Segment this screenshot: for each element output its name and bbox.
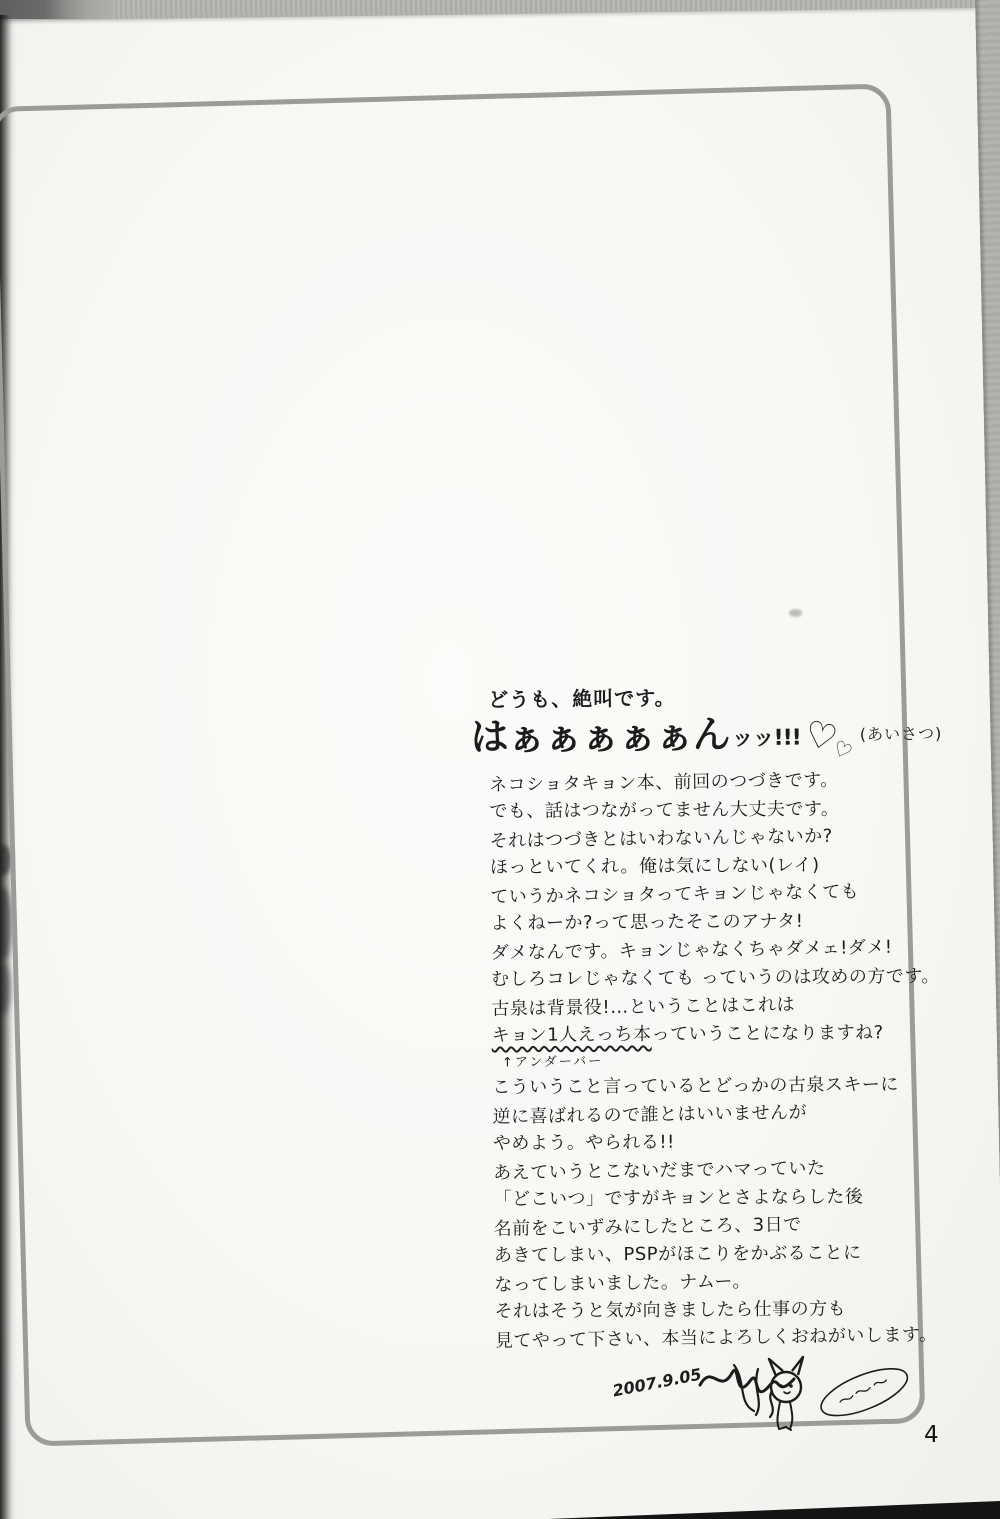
scanned-doujin-page: { "document": { "page_number": "4", "gre… (0, 0, 1000, 1519)
speech-bubble-doodle (815, 1359, 913, 1425)
greeting-line: どうも、絶叫です。 (488, 679, 940, 713)
big-title-row: はぁぁぁぁぁん ッッ!!! ♡ ♡ (あいさつ) (470, 712, 940, 759)
big-title-text: はぁぁぁぁぁん (470, 714, 729, 759)
line-rest-text: っていうことになりますね? (652, 1022, 884, 1045)
paragraph-1: ネコショタキョン本、前回のつづきです。 でも、話はつながってません大丈夫です。 … (489, 766, 947, 1355)
cat-doodle (752, 1347, 922, 1439)
signature-date: 2007.9.05 (611, 1365, 703, 1401)
big-title-suffix: ッッ!!! (731, 720, 800, 756)
page-number: 4 (924, 1422, 939, 1448)
greeting-note: (あいさつ) (860, 721, 943, 755)
afterword-text-block: どうも、絶叫です。 はぁぁぁぁぁん ッッ!!! ♡ ♡ (あいさつ) ネコショタ… (470, 679, 947, 1355)
wavy-underlined-text: キョン1人えっち本 (492, 1024, 652, 1046)
signature-block: 2007.9.05 (606, 1345, 926, 1440)
